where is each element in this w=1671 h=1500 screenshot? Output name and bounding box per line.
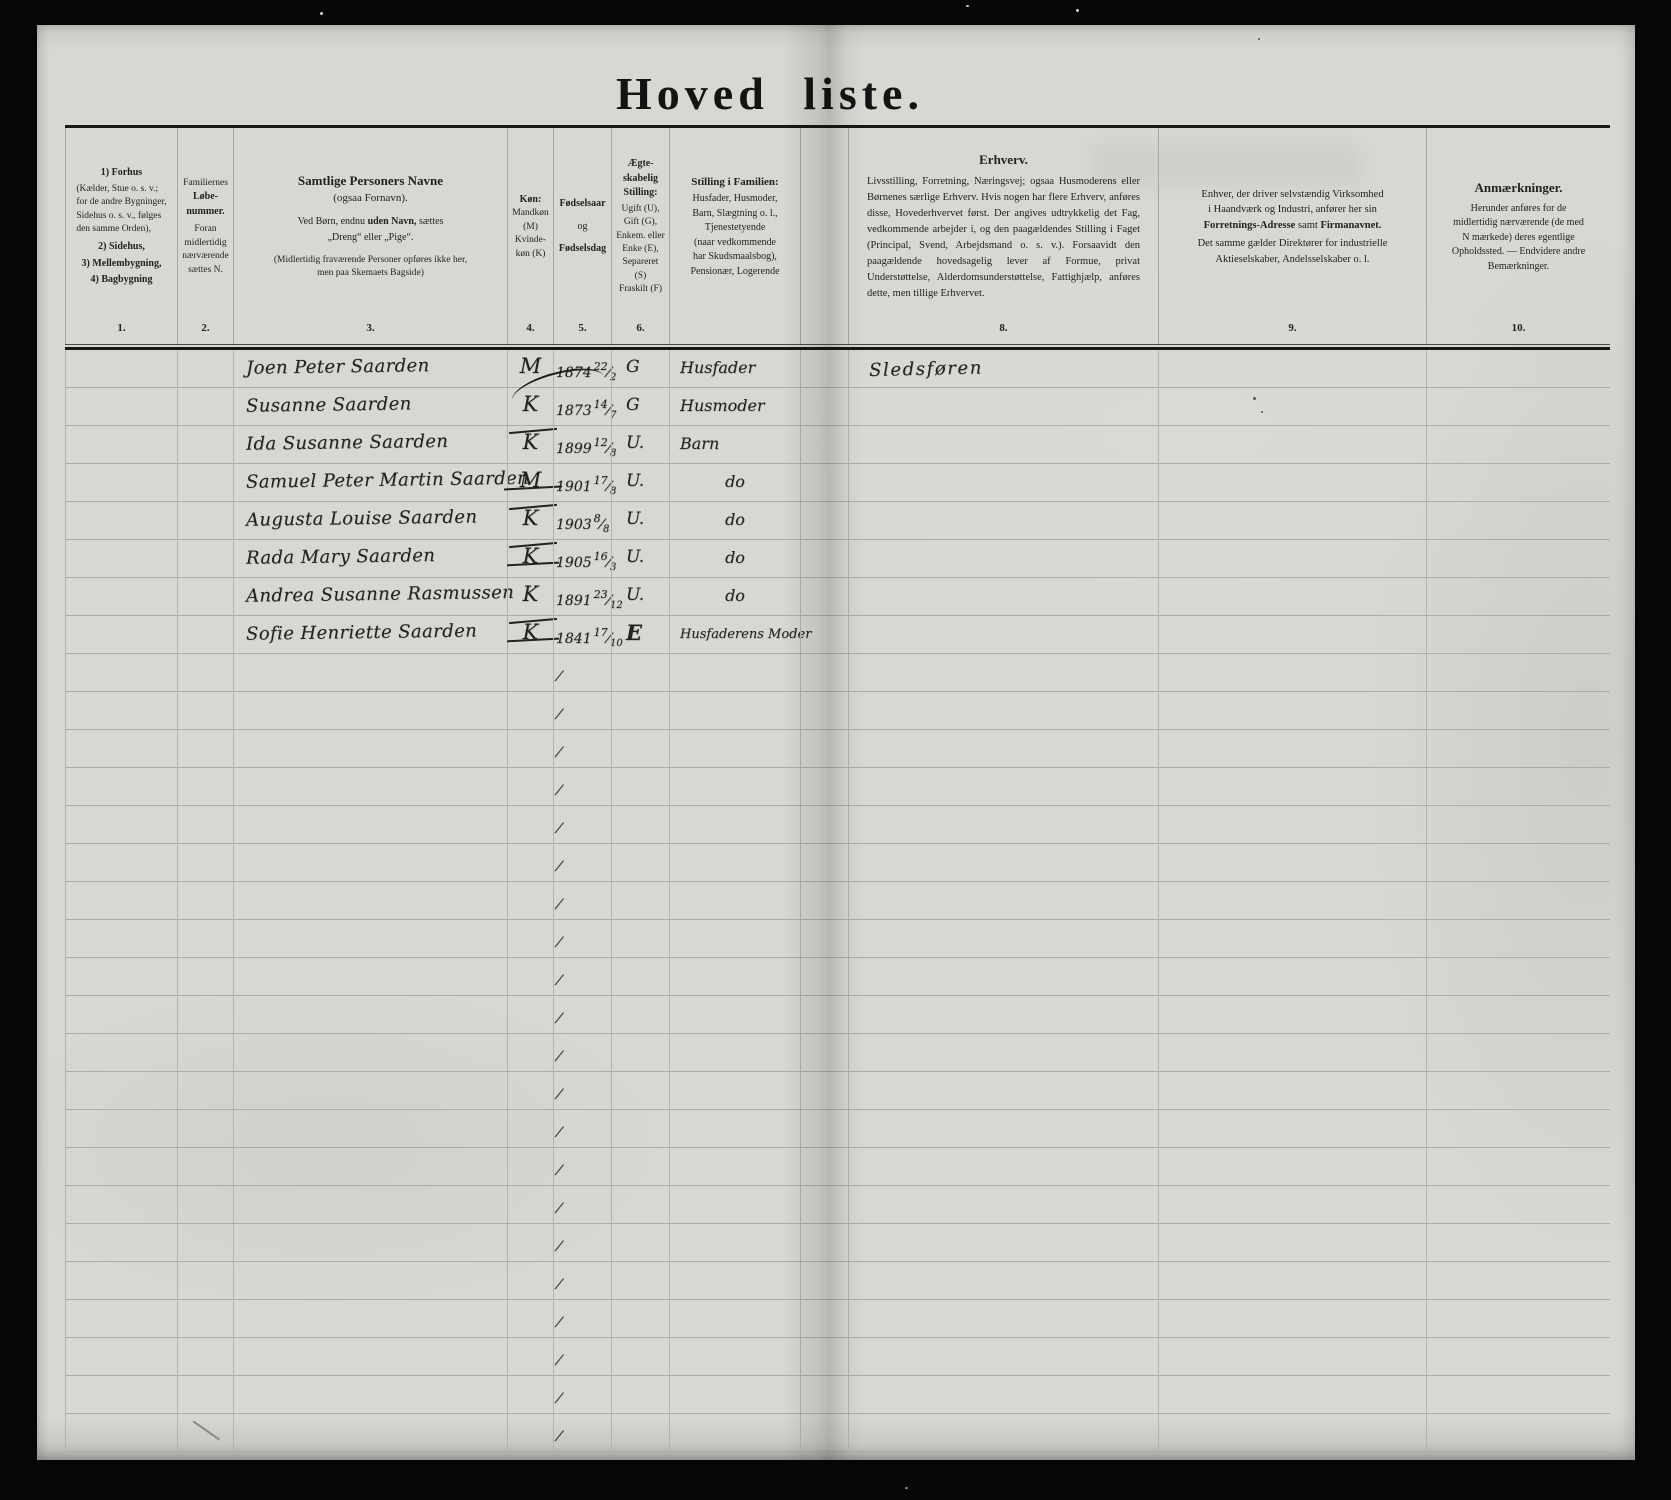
- entry-family-position: [670, 1376, 800, 1384]
- cell-business-address: [1158, 426, 1426, 463]
- entry-sex: K: [508, 388, 553, 416]
- cell-buildings: [65, 426, 177, 463]
- cell-buildings: [65, 1110, 177, 1147]
- cell-business-address: [1158, 806, 1426, 843]
- cell-marital: [611, 1072, 669, 1109]
- cell-family-number: [177, 920, 233, 957]
- fraction-slash: [558, 1391, 560, 1407]
- entry-name: [234, 1412, 507, 1422]
- cell-remarks: [1426, 996, 1610, 1033]
- cell-remarks: [1426, 1186, 1610, 1223]
- cell-business-address: [1158, 350, 1426, 387]
- cell-family-number: [177, 844, 233, 881]
- cell-birthdate: 1901178: [553, 464, 611, 501]
- entry-sex: K: [508, 540, 553, 568]
- cell-business-address: [1158, 1376, 1426, 1413]
- cell-marital: [611, 1414, 669, 1451]
- cell-marital: [611, 1300, 669, 1337]
- cell-sex: [507, 806, 553, 843]
- column-number: 2.: [181, 322, 230, 344]
- cell-remarks: [1426, 768, 1610, 805]
- cell-marital: U.: [611, 578, 669, 615]
- header-remarks: Anmærkninger. Herunder anføres for de mi…: [1426, 128, 1610, 344]
- entry-birthdate: [554, 692, 611, 725]
- cell-buildings: [65, 806, 177, 843]
- cell-buildings: [65, 1072, 177, 1109]
- cell-birthdate: [553, 1376, 611, 1413]
- cell-marital: [611, 920, 669, 957]
- cell-occupation: [848, 730, 1158, 767]
- cell-sex: K: [507, 502, 553, 539]
- birth-day-fraction: [558, 664, 560, 687]
- header-names: Samtlige Personers Navne (ogsaa Fornavn)…: [233, 128, 507, 344]
- header-body: Livsstilling, Forretning, Næringsvej; og…: [852, 174, 1155, 302]
- fraction-slash: [558, 707, 560, 723]
- cell-sex: [507, 768, 553, 805]
- cell-sex: [507, 1338, 553, 1375]
- fraction-slash: [558, 1011, 560, 1027]
- fraction-slash: [558, 745, 560, 761]
- sex-letter: K: [518, 392, 544, 416]
- cell-sex: [507, 958, 553, 995]
- entry-birthdate: [554, 1034, 611, 1067]
- table-row: [65, 1072, 1610, 1110]
- cell-family-position: [669, 996, 800, 1033]
- cell-business-address: [1158, 996, 1426, 1033]
- birth-day-fraction: [558, 740, 560, 763]
- ink-speck: [1253, 397, 1256, 400]
- entry-birthdate: [554, 730, 611, 763]
- cell-occupation: [848, 388, 1158, 425]
- cell-business-address: [1158, 692, 1426, 729]
- cell-birthdate: [553, 844, 611, 881]
- cell-remarks: [1426, 1224, 1610, 1261]
- entry-name: [234, 652, 507, 662]
- table-row: Andrea Susanne Rasmussen K 18912312 U. d…: [65, 578, 1610, 616]
- header-note: „Dreng“ eller „Pige“.: [328, 231, 414, 246]
- cell-buildings: [65, 1300, 177, 1337]
- cell-family-number: [177, 1224, 233, 1261]
- entry-family-position: [670, 1072, 800, 1080]
- birth-day-fraction: [558, 1348, 560, 1371]
- cell-business-address: [1158, 1148, 1426, 1185]
- entry-family-position: [670, 806, 800, 814]
- cell-birthdate: 18411710: [553, 616, 611, 653]
- cell-birthdate: [553, 730, 611, 767]
- cell-birthdate: [553, 1224, 611, 1261]
- header-content: 1) Forhus (Kælder, Stue o. s. v.; for de…: [69, 132, 174, 322]
- sex-letter: K: [518, 544, 544, 568]
- column-number: 8.: [852, 322, 1155, 344]
- cell-birthdate: [553, 806, 611, 843]
- cell-family-position: Husmoder: [669, 388, 800, 425]
- cell-remarks: [1426, 464, 1610, 501]
- dust-speck: [966, 5, 969, 7]
- entry-name: [234, 842, 507, 852]
- cell-family-number: [177, 1376, 233, 1413]
- entry-family-position: Husmoder: [670, 388, 800, 415]
- cell-birthdate: [553, 1072, 611, 1109]
- entry-marital: U.: [612, 464, 669, 491]
- cell-seam: [800, 502, 848, 539]
- entry-family-position: [670, 920, 800, 928]
- cell-buildings: [65, 768, 177, 805]
- birth-day: 14: [594, 398, 608, 411]
- entry-sex: [508, 1338, 553, 1366]
- cell-marital: [611, 1110, 669, 1147]
- entry-name: [234, 1032, 507, 1042]
- table-row: Susanne Saarden K 1873147 G Husmoder: [65, 388, 1610, 426]
- cell-occupation: [848, 844, 1158, 881]
- cell-remarks: [1426, 388, 1610, 425]
- cell-business-address: [1158, 1034, 1426, 1071]
- cell-seam: [800, 1110, 848, 1147]
- entry-marital: [612, 1186, 669, 1193]
- table-row: Ida Susanne Saarden K 1899128 U. Barn: [65, 426, 1610, 464]
- entry-marital: [612, 730, 669, 737]
- entry-family-position: Barn: [670, 426, 800, 453]
- cell-family-number: [177, 806, 233, 843]
- cell-buildings: [65, 1224, 177, 1261]
- entry-marital: U.: [612, 502, 669, 529]
- table-row: [65, 1262, 1610, 1300]
- fraction-slash: [558, 669, 560, 685]
- entry-marital: [612, 1262, 669, 1269]
- entry-family-position: [670, 882, 800, 890]
- cell-name: [233, 1186, 507, 1223]
- cell-family-position: [669, 1110, 800, 1147]
- entry-birthdate: 1905163: [554, 540, 611, 573]
- table-row: [65, 1186, 1610, 1224]
- header-body: Enhver, der driver selvstændig Virksomhe…: [1201, 187, 1383, 219]
- cell-remarks: [1426, 1072, 1610, 1109]
- cell-birthdate: [553, 920, 611, 957]
- cell-birthdate: [553, 1300, 611, 1337]
- header-content: Anmærkninger. Herunder anføres for de mi…: [1430, 132, 1607, 322]
- birth-year: 1899: [556, 441, 592, 457]
- fraction-slash: [558, 859, 560, 875]
- fraction-slash: [558, 783, 560, 799]
- table-body: Joen Peter Saarden M 1874222 G Husfader …: [65, 350, 1610, 1452]
- fraction-slash: [558, 1239, 560, 1255]
- cell-family-number: [177, 578, 233, 615]
- cell-seam: [800, 1262, 848, 1299]
- cell-business-address: [1158, 1262, 1426, 1299]
- header-birthdate: Fødselsaar og Fødselsdag 5.: [553, 128, 611, 344]
- entry-birthdate: 1899128: [554, 426, 611, 459]
- cell-marital: G: [611, 350, 669, 387]
- note-bold: uden Navn,: [368, 216, 417, 227]
- cell-family-position: do: [669, 502, 800, 539]
- header-body: Det samme gælder Direktører for industri…: [1198, 236, 1388, 268]
- cell-marital: [611, 768, 669, 805]
- entry-name: Augusta Louise Saarden: [234, 500, 507, 531]
- entry-marital: [612, 1110, 669, 1117]
- birth-day-fraction: [558, 702, 560, 725]
- cell-birthdate: [553, 882, 611, 919]
- ink-speck: [1258, 38, 1260, 40]
- cell-sex: [507, 1072, 553, 1109]
- entry-sex: [508, 1414, 553, 1442]
- cell-occupation: [848, 806, 1158, 843]
- cell-family-number: [177, 996, 233, 1033]
- cell-seam: [800, 1148, 848, 1185]
- fraction-slash: [558, 821, 560, 837]
- scanned-page: Hoved liste. 1) Forhus (Kælder, Stue o. …: [37, 25, 1635, 1460]
- entry-birthdate: [554, 996, 611, 1029]
- table-header: 1) Forhus (Kælder, Stue o. s. v.; for de…: [65, 128, 1610, 345]
- entry-sex: K: [508, 578, 553, 606]
- entry-name: [234, 1260, 507, 1270]
- entry-marital: G: [612, 388, 669, 415]
- header-note: Foran midlertidig nærværende sættes N.: [182, 223, 228, 277]
- birth-day-fraction: [558, 1310, 560, 1333]
- cell-name: [233, 1338, 507, 1375]
- cell-occupation: [848, 578, 1158, 615]
- entry-sex: [508, 1072, 553, 1100]
- cell-buildings: [65, 502, 177, 539]
- table-row: [65, 1376, 1610, 1414]
- entry-sex: M: [508, 464, 553, 492]
- entry-birthdate: [554, 1414, 611, 1447]
- entry-family-position: Husfader: [670, 350, 800, 377]
- entry-name: [234, 766, 507, 776]
- cell-sex: [507, 1376, 553, 1413]
- cell-buildings: [65, 616, 177, 653]
- cell-family-number: [177, 502, 233, 539]
- header-title: Anmærkninger.: [1474, 180, 1562, 196]
- cell-family-position: do: [669, 578, 800, 615]
- fraction-slash: [558, 935, 560, 951]
- cell-name: Sofie Henriette Saarden: [233, 616, 507, 653]
- entry-birthdate: [554, 768, 611, 801]
- entry-sex: [508, 996, 553, 1024]
- header-family-position: Stilling i Familien: Husfader, Husmoder,…: [669, 128, 800, 344]
- cell-marital: G: [611, 388, 669, 425]
- cell-remarks: [1426, 806, 1610, 843]
- cell-family-number: [177, 350, 233, 387]
- header-line: Løbe- nummer.: [186, 190, 224, 219]
- entry-name: [234, 728, 507, 738]
- entry-marital: [612, 1338, 669, 1345]
- cell-family-number: [177, 1110, 233, 1147]
- cell-buildings: [65, 692, 177, 729]
- cell-birthdate: 18912312: [553, 578, 611, 615]
- cell-family-position: do: [669, 540, 800, 577]
- cell-family-position: Husfader: [669, 350, 800, 387]
- scan-background: { "document": { "title": "Hoved liste.",…: [0, 0, 1671, 1500]
- cell-seam: [800, 692, 848, 729]
- cell-seam: [800, 350, 848, 387]
- entry-name: [234, 1222, 507, 1232]
- table-row: [65, 768, 1610, 806]
- cell-sex: [507, 1110, 553, 1147]
- cell-family-position: Barn: [669, 426, 800, 463]
- cell-seam: [800, 1034, 848, 1071]
- entry-birthdate: [554, 1338, 611, 1371]
- header-buildings: 1) Forhus (Kælder, Stue o. s. v.; for de…: [65, 128, 177, 344]
- cell-family-position: [669, 1224, 800, 1261]
- entry-birthdate: [554, 1262, 611, 1295]
- sex-letter: K: [518, 582, 544, 606]
- fraction-slash: [558, 1163, 560, 1179]
- cell-family-number: [177, 1072, 233, 1109]
- birth-day-fraction: 88: [594, 512, 610, 535]
- cell-family-number: [177, 1186, 233, 1223]
- cell-birthdate: [553, 958, 611, 995]
- table-row: [65, 1338, 1610, 1376]
- cell-name: [233, 692, 507, 729]
- cell-business-address: [1158, 1110, 1426, 1147]
- column-number: 1.: [69, 322, 174, 344]
- header-content: Stilling i Familien: Husfader, Husmoder,…: [673, 132, 797, 322]
- cell-birthdate: [553, 996, 611, 1033]
- cell-sex: [507, 844, 553, 881]
- entry-birthdate: 190388: [554, 502, 611, 535]
- cell-name: [233, 958, 507, 995]
- cell-sex: [507, 1148, 553, 1185]
- entry-name: Samuel Peter Martin Saarden: [234, 462, 507, 493]
- ink-speck: [1261, 411, 1263, 413]
- cell-name: [233, 1072, 507, 1109]
- cell-occupation: [848, 768, 1158, 805]
- cell-seam: [800, 882, 848, 919]
- cell-seam: [800, 388, 848, 425]
- header-family-number: Familiernes Løbe- nummer. Foran midlerti…: [177, 128, 233, 344]
- dust-speck: [905, 1487, 908, 1489]
- entry-marital: [612, 1034, 669, 1041]
- cell-business-address: [1158, 1224, 1426, 1261]
- cell-remarks: [1426, 1148, 1610, 1185]
- birth-day-fraction: [558, 1234, 560, 1257]
- cell-business-address: [1158, 1338, 1426, 1375]
- entry-sex: [508, 882, 553, 910]
- cell-family-number: [177, 464, 233, 501]
- cell-seam: [800, 996, 848, 1033]
- table-row: Sofie Henriette Saarden K 18411710 E Hus…: [65, 616, 1610, 654]
- cell-seam: [800, 1224, 848, 1261]
- cell-occupation: [848, 692, 1158, 729]
- entry-family-position: do: [670, 502, 800, 529]
- cell-remarks: [1426, 502, 1610, 539]
- cell-family-position: [669, 1338, 800, 1375]
- cell-marital: [611, 958, 669, 995]
- entry-family-position: [670, 692, 800, 700]
- table-row: [65, 1034, 1610, 1072]
- note-bold: Firmanavnet.: [1320, 220, 1381, 231]
- cell-family-position: [669, 1186, 800, 1223]
- cell-birthdate: [553, 768, 611, 805]
- cell-remarks: [1426, 578, 1610, 615]
- birth-day: 16: [594, 550, 608, 563]
- column-number: 6.: [615, 322, 666, 344]
- birth-day-fraction: [558, 1082, 560, 1105]
- cell-sex: [507, 692, 553, 729]
- cell-sex: [507, 1034, 553, 1071]
- sex-letter: M: [515, 354, 547, 378]
- entry-marital: [612, 692, 669, 699]
- entry-sex: [508, 1300, 553, 1328]
- cell-name: [233, 768, 507, 805]
- entry-name: [234, 1108, 507, 1118]
- cell-sex: [507, 1262, 553, 1299]
- cell-family-number: [177, 540, 233, 577]
- cell-buildings: [65, 464, 177, 501]
- cell-marital: [611, 1338, 669, 1375]
- cell-family-position: [669, 806, 800, 843]
- cell-birthdate: [553, 1034, 611, 1071]
- cell-occupation: [848, 1224, 1158, 1261]
- fraction-slash: [558, 1049, 560, 1065]
- entry-sex: K: [508, 426, 553, 454]
- cell-family-number: [177, 1148, 233, 1185]
- entry-name: [234, 880, 507, 890]
- header-body: Husfader, Husmoder, Barn, Slægtning o. l…: [690, 192, 779, 279]
- entry-sex: [508, 1148, 553, 1176]
- header-line: og: [578, 220, 588, 235]
- cell-birthdate: 1905163: [553, 540, 611, 577]
- birth-year: 1903: [556, 517, 592, 533]
- cell-occupation: [848, 958, 1158, 995]
- cell-occupation: [848, 1338, 1158, 1375]
- cell-business-address: [1158, 464, 1426, 501]
- birth-day-fraction: [558, 1044, 560, 1067]
- cell-buildings: [65, 388, 177, 425]
- cell-sex: K: [507, 616, 553, 653]
- cell-marital: [611, 692, 669, 729]
- cell-name: Andrea Susanne Rasmussen: [233, 578, 507, 615]
- header-sub: (ogsaa Fornavn).: [333, 191, 408, 207]
- birth-day-fraction: [558, 1386, 560, 1409]
- table-row: [65, 844, 1610, 882]
- cell-occupation: [848, 1300, 1158, 1337]
- header-content: Erhverv. Livsstilling, Forretning, Nærin…: [852, 132, 1155, 322]
- cell-family-number: [177, 882, 233, 919]
- cell-remarks: [1426, 1110, 1610, 1147]
- cell-buildings: [65, 1338, 177, 1375]
- table-row: Rada Mary Saarden K 1905163 U. do: [65, 540, 1610, 578]
- header-marital-status: Ægte- skabelig Stilling: Ugift (U), Gift…: [611, 128, 669, 344]
- birth-day: 23: [594, 588, 608, 601]
- cell-occupation: [848, 920, 1158, 957]
- birth-day-fraction: [558, 1424, 560, 1447]
- cell-business-address: [1158, 768, 1426, 805]
- header-title: Erhverv.: [979, 152, 1028, 168]
- cell-sex: K: [507, 426, 553, 463]
- cell-business-address: [1158, 654, 1426, 691]
- cell-buildings: [65, 578, 177, 615]
- entry-sex: [508, 1186, 553, 1214]
- entry-family-position: [670, 1186, 800, 1194]
- cell-seam: [800, 1376, 848, 1413]
- entry-family-position: [670, 730, 800, 738]
- cell-business-address: [1158, 388, 1426, 425]
- entry-marital: [612, 1224, 669, 1231]
- cell-occupation: [848, 654, 1158, 691]
- cell-business-address: [1158, 540, 1426, 577]
- entry-name: [234, 690, 507, 700]
- cell-seam: [800, 844, 848, 881]
- cell-family-number: [177, 1300, 233, 1337]
- header-title: Stilling i Familien:: [691, 175, 778, 191]
- table-row: [65, 1110, 1610, 1148]
- header-line: Fødselsaar: [559, 197, 605, 212]
- table-row: Samuel Peter Martin Saarden M 1901178 U.…: [65, 464, 1610, 502]
- entry-sex: K: [508, 502, 553, 530]
- entry-name: [234, 804, 507, 814]
- entry-family-position: [670, 1262, 800, 1270]
- entry-family-position: [670, 654, 800, 662]
